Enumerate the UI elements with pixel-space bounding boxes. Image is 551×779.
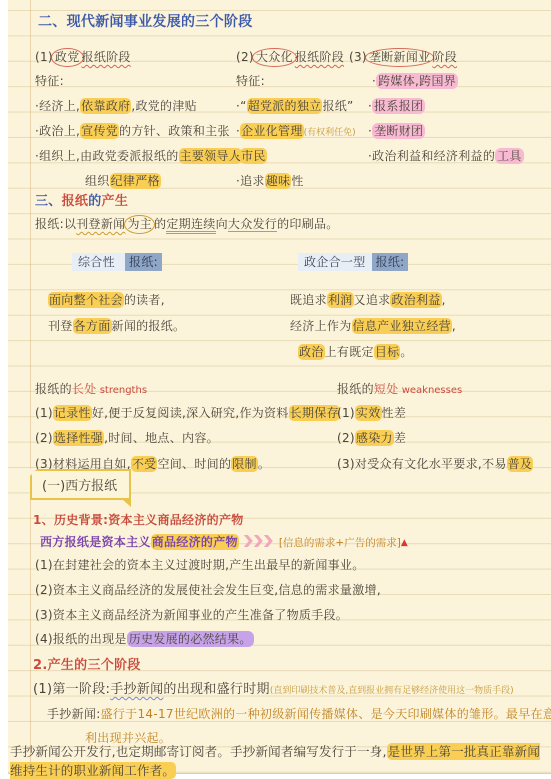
first-stage-line: (1)第一阶段:手抄新闻的出现和盛行时期(直到印刷技术普及,直到报业拥有足够经济… — [33, 681, 514, 700]
stage3-item: ·政治利益和经济利益的工具 — [368, 148, 524, 165]
handwritten-notes-page: 二、现代新闻事业发展的三个阶段 (1)政党报纸阶段 (2)大众化报纸阶段 (3)… — [0, 0, 551, 779]
comprehensive-desc: 面向整个社会的读者, — [48, 292, 165, 309]
section2-title: 二、现代新闻事业发展的三个阶段 — [38, 14, 253, 31]
stage2-feature-label: 特征: — [236, 73, 265, 90]
stage3-item: ·垄断财团 — [368, 123, 425, 140]
stage2-header: (2)大众化报纸阶段 — [236, 48, 344, 67]
newspaper-definition: 报纸:以刊登新闻为主的定期连续向大众发行的印刷品。 — [35, 215, 339, 234]
strength-item: (2)选择性强,时间、地点、内容。 — [35, 430, 219, 447]
gov-enterprise-desc: 经济上作为信息产业独立经营, — [290, 318, 456, 335]
stage1-item-politics: ·政治上,宣传党的方针、政策和主张 — [35, 123, 230, 140]
stage3-item: ·报系报团 — [368, 98, 425, 115]
stage3-header: (3)垄断新闻业阶段 — [349, 48, 457, 67]
label-box-comprehensive: 综合性 报纸: — [72, 254, 162, 271]
history-point: (3)资本主义商品经济为新闻事业的产生准备了物质手段。 — [35, 607, 348, 624]
comprehensive-desc: 刊登各方面新闻的报纸。 — [48, 318, 185, 335]
stage1-item-organization: ·组织上,由政党委派报纸的主要领导人, — [35, 148, 246, 165]
gov-enterprise-desc: 既追求利润又追求政治利益, — [290, 292, 446, 309]
history-key-text: 西方报纸是资本主义商品经济的产物 — [40, 534, 239, 550]
weaknesses-header: 报纸的短处 weaknesses — [337, 381, 462, 399]
stage2-item-citizen: ·市民 — [236, 148, 267, 165]
stage1-header: (1)政党报纸阶段 — [35, 48, 131, 67]
strengths-header: 报纸的长处 strengths — [35, 381, 147, 399]
stage3-item: ·跨媒体,跨国界 — [372, 73, 458, 90]
gov-enterprise-desc: 政治上有既定目标。 — [298, 344, 413, 361]
history-bracket-note: [信息的需求+广告的需求] — [279, 535, 401, 549]
stage2-item-independent: ·“超党派的独立报纸” — [236, 98, 354, 115]
triple-chevron-icon — [244, 535, 274, 552]
stage1-feature-label: 特征: — [35, 73, 64, 90]
handwritten-news-paragraph: 手抄新闻公开发行,也定期邮寄订阅者。手抄新闻者编写发行于一身,是世界上第一批真正… — [10, 742, 547, 779]
weakness-item: (2)感染力差 — [337, 430, 406, 447]
history-point: (1)在封建社会的资本主义过渡时期,产生出最早的新闻事业。 — [35, 557, 365, 574]
history-point: (2)资本主义商品经济的发展使社会发生巨变,信息的需求量激增, — [35, 582, 381, 599]
margin-line — [30, 0, 31, 773]
history-background-title: 1、历史背景:资本主义商品经济的产物 — [33, 512, 244, 529]
strength-item: (1)记录性好,便于反复阅读,深入研究,作为资料长期保存 — [35, 405, 340, 422]
production-stages-title: 2.产生的三个阶段 — [33, 657, 141, 674]
weakness-item: (3)对受众有文化水平要求,不易普及 — [337, 456, 533, 473]
stage2-item-management: ·企业化管理(有权利任免) — [236, 123, 356, 142]
history-point: (4)报纸的出现是历史发展的必然结果。 — [35, 631, 254, 648]
handwritten-news-definition: 手抄新闻:盛行于14-17世纪欧洲的一种初级新闻传播媒体、是今天印刷媒体的雏形。… — [47, 706, 551, 723]
stage1-item-discipline: 组织纪律严格 — [85, 173, 161, 190]
stage2-item-interest: ·追求趣味性 — [236, 173, 304, 190]
history-key-line: 西方报纸是资本主义商品经济的产物[信息的需求+广告的需求]▲ — [40, 534, 408, 552]
weakness-item: (1)实效性差 — [337, 405, 406, 422]
label-box-gov-enterprise: 政企合一型报纸: — [298, 254, 408, 271]
western-press-note: (一)西方报纸 — [30, 469, 131, 500]
section3-title: 三、报纸的产生 — [35, 193, 128, 210]
stage1-item-economy: ·经济上,依靠政府,政党的津贴 — [35, 98, 197, 115]
red-triangle-icon: ▲ — [401, 538, 408, 548]
